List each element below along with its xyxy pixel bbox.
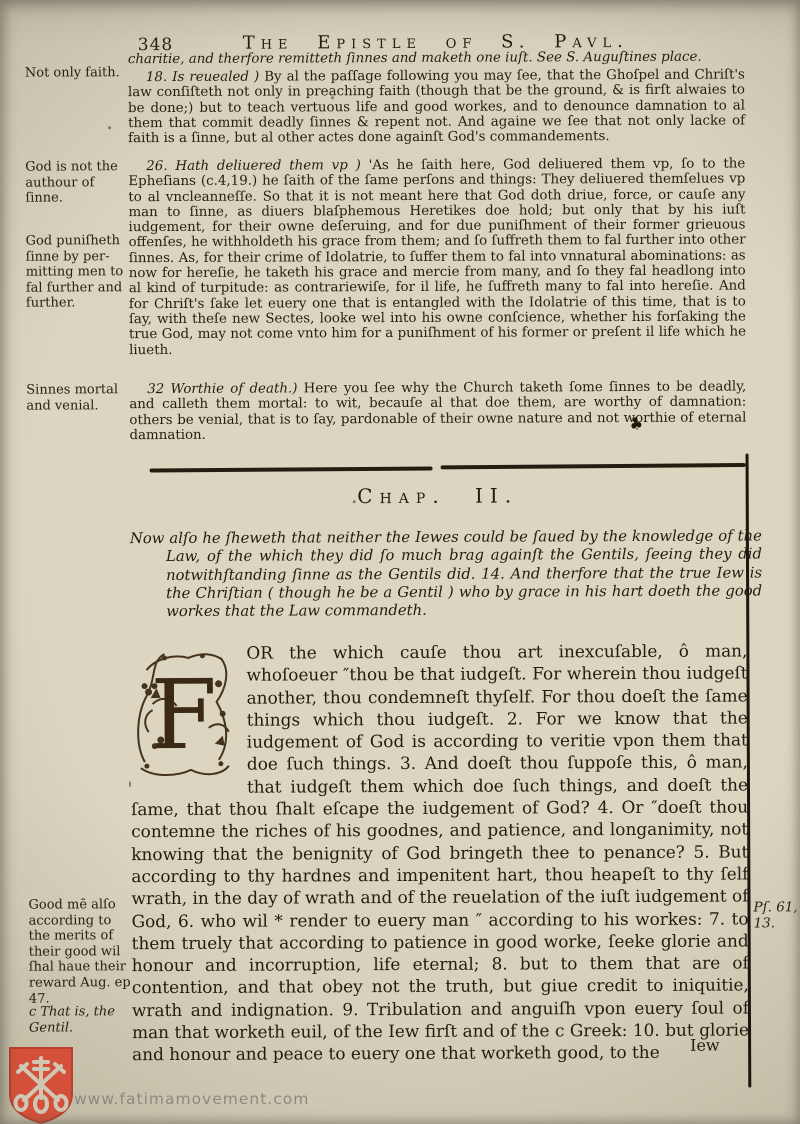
margin-note-god-not-author: God is not the authour of ſinne. (25, 159, 129, 206)
commentary-note-26: 26. Hath deliuered them vp ) 'As he ſait… (128, 156, 746, 358)
commentary-note-32: 32 Worthie of death.) Here you ſee why t… (129, 379, 746, 443)
margin-note-sinnes-mortal: Sinnes mortal and venial. (26, 382, 130, 414)
chapter-heading: Chap. II. (130, 482, 746, 509)
chapter-body: F OR the which cauſe thou art inexcuſabl… (130, 639, 749, 1065)
note18-lemma: 18. Is reuealed ) (146, 70, 259, 85)
margin-note-not-only-faith: Not only faith. (25, 65, 129, 81)
fatima-movement-shield-logo (8, 1046, 74, 1124)
margin-note-good-men: Good mē alſo according to the merits of … (28, 897, 132, 1007)
commentary-note-18: 18. Is reuealed ) By al the paſſage foll… (128, 67, 745, 146)
woodcut-dropcap-F: F (130, 644, 237, 784)
scan-speck (353, 500, 356, 503)
section-rule-left (150, 466, 433, 471)
catchword: Iew (690, 1036, 720, 1055)
watermark-url: www.fatimamovement.com (74, 1090, 309, 1108)
margin-note-god-punisheth: God puniſheth ſinne by per­mitting men t… (26, 233, 130, 311)
note32-lemma: 32 Worthie of death.) (147, 381, 297, 397)
scan-speck (129, 781, 131, 787)
scan-speck (331, 96, 334, 99)
note26-text: 'As he ſaith here, God deliuered them vp… (128, 156, 746, 357)
margin-note-that-is-gentil: c That is, the Gentil. (29, 1004, 133, 1036)
scan-content: 348 The Epistle of S. Pavl. Not only fai… (0, 0, 800, 1124)
dropcap-letter: F (150, 659, 217, 771)
margin-note-psalm-ref: Pſ. 61, 13. (753, 899, 799, 931)
chapter-argument: Now alſo he ſheweth that neither the Iew… (130, 527, 762, 621)
commentary-carryover-line: charitie, and therfore remitteth ſinnes … (128, 49, 745, 67)
carryover-word: charitie, and therfore remitteth ſinnes … (128, 50, 702, 68)
note26-lemma: 26. Hath deliuered them vp ) (146, 158, 361, 174)
scan-speck (108, 126, 111, 129)
scanned-book-page: 348 The Epistle of S. Pavl. Not only fai… (0, 0, 800, 1124)
section-rule-right (441, 463, 746, 469)
